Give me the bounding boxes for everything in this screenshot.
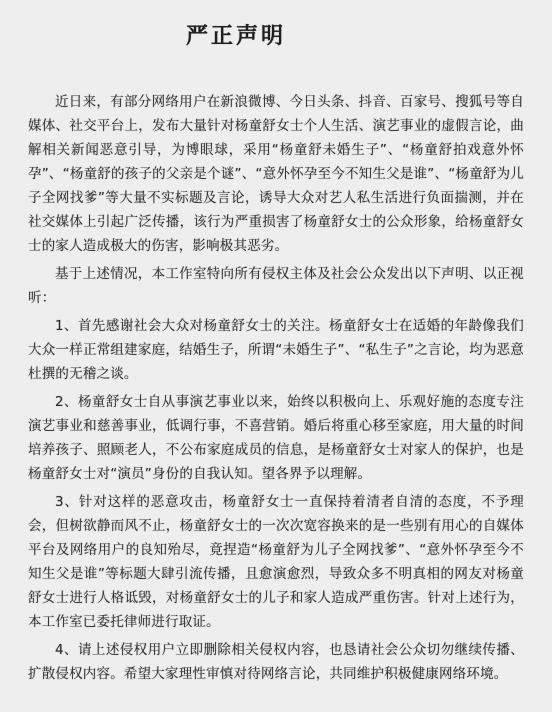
statement-paragraph-point-1: 1、首先感谢社会大众对杨童舒女士的关注。杨童舒女士在适婚的年龄像我们大众一样正常… [28, 314, 524, 386]
statement-body: 严正声明 近日来，有部分网络用户在新浪微博、今日头条、抖音、百家号、搜狐号等自媒… [0, 0, 552, 686]
document-title: 严正声明 [0, 19, 484, 50]
statement-paragraph-intro: 近日来，有部分网络用户在新浪微博、今日头条、抖音、百家号、搜狐号等自媒体、社交平… [28, 90, 524, 258]
statement-paragraph-point-4: 4、请上述侵权用户立即删除相关侵权内容，也恳请社会公众切勿继续传播、扩散侵权内容… [28, 638, 524, 686]
statement-paragraph-point-2: 2、杨童舒女士自从事演艺事业以来，始终以积极向上、乐观好施的态度专注演艺事业和慈… [28, 390, 524, 486]
statement-document-page: 严正声明 近日来，有部分网络用户在新浪微博、今日头条、抖音、百家号、搜狐号等自媒… [0, 0, 552, 712]
statement-paragraph-point-3: 3、针对这样的恶意攻击，杨童舒女士一直保持着清者自清的态度，不予理会，但树欲静而… [28, 490, 524, 634]
statement-paragraph-lead-in: 基于上述情况，本工作室特向所有侵权主体及社会公众发出以下声明、以正视听： [28, 262, 524, 310]
